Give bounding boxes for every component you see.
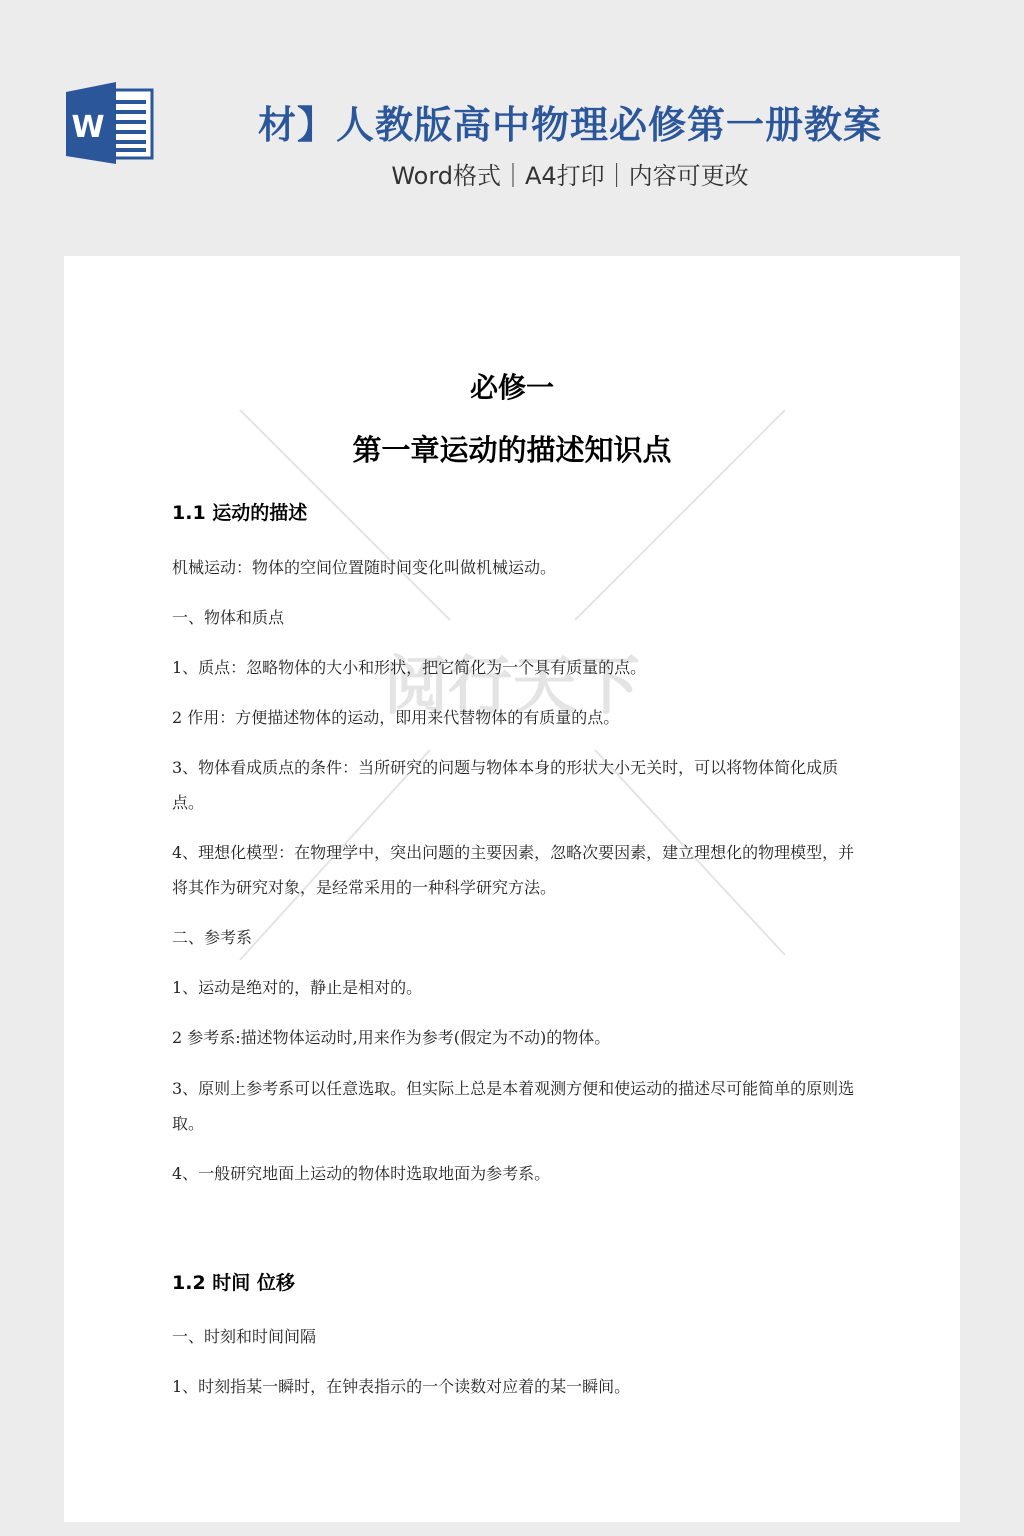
paragraph: 1、时刻指某一瞬时，在钟表指示的一个读数对应着的某一瞬间。 bbox=[172, 1369, 862, 1404]
paragraph: 4、一般研究地面上运动的物体时选取地面为参考系。 bbox=[172, 1156, 862, 1191]
paragraph: 机械运动：物体的空间位置随时间变化叫做机械运动。 bbox=[172, 550, 862, 585]
page-title: 材】人教版高中物理必修第一册教案 bbox=[210, 94, 930, 149]
paragraph: 3、物体看成质点的条件：当所研究的问题与物体本身的形状大小无关时，可以将物体简化… bbox=[172, 750, 862, 820]
section-heading: 1.2 时间 位移 bbox=[172, 1268, 295, 1295]
subheading: 一、时刻和时间间隔 bbox=[172, 1319, 862, 1354]
paragraph: 2 作用：方便描述物体的运动，即用来代替物体的有质量的点。 bbox=[172, 700, 862, 735]
subheading: 一、物体和质点 bbox=[172, 600, 862, 635]
svg-text:W: W bbox=[71, 110, 104, 145]
paragraph: 3、原则上参考系可以任意选取。但实际上总是本着观测方便和使运动的描述尽可能简单的… bbox=[172, 1071, 862, 1141]
document-page: 阅行天下 必修一 第一章运动的描述知识点 1.1 运动的描述 机械运动：物体的空… bbox=[64, 256, 960, 1522]
doc-title: 必修一 bbox=[64, 366, 960, 406]
paragraph: 4、理想化模型：在物理学中，突出问题的主要因素，忽略次要因素，建立理想化的物理模… bbox=[172, 835, 862, 905]
section-heading: 1.1 运动的描述 bbox=[172, 498, 307, 525]
paragraph: 2 参考系:描述物体运动时,用来作为参考(假定为不动)的物体。 bbox=[172, 1020, 862, 1055]
subheading: 二、参考系 bbox=[172, 920, 862, 955]
promo-header: W 材】人教版高中物理必修第一册教案 Word格式｜A4打印｜内容可更改 bbox=[0, 0, 1024, 256]
word-document-icon: W bbox=[64, 82, 156, 164]
paragraph: 1、质点：忽略物体的大小和形状，把它简化为一个具有质量的点。 bbox=[172, 650, 862, 685]
format-subtitle: Word格式｜A4打印｜内容可更改 bbox=[210, 156, 930, 191]
paragraph: 1、运动是绝对的，静止是相对的。 bbox=[172, 970, 862, 1005]
chapter-title: 第一章运动的描述知识点 bbox=[64, 428, 960, 469]
